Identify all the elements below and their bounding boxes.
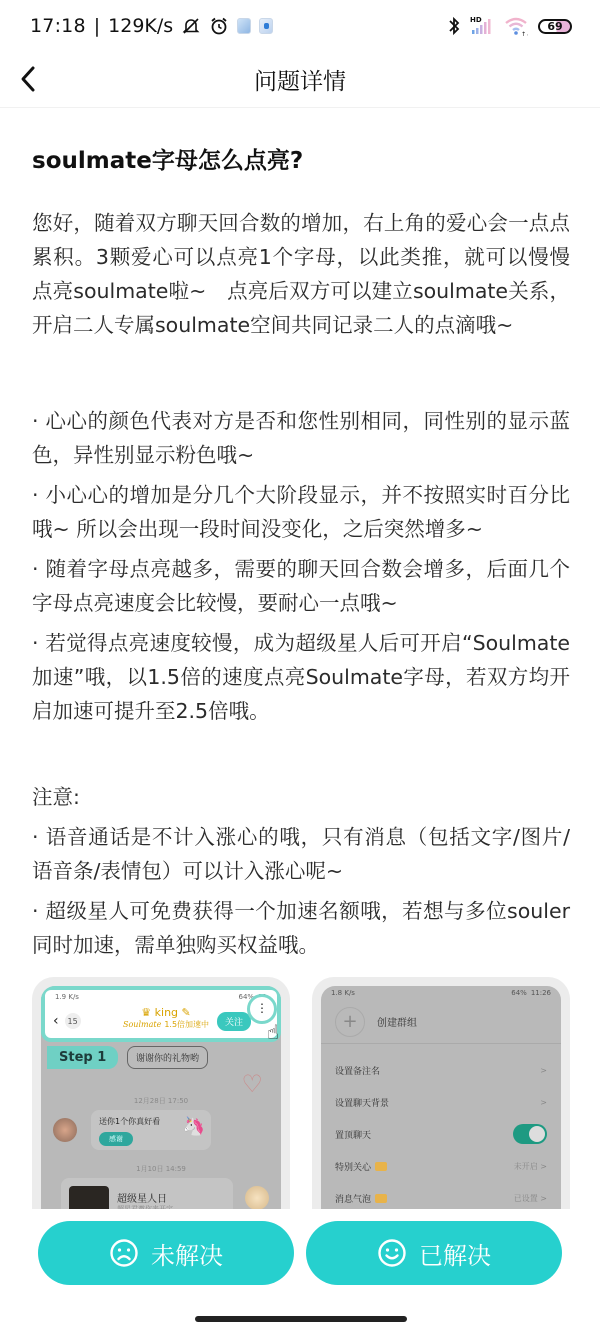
tip-item: · 小心心的增加是分几个大阶段显示，并不按照实时百分比哦~ 所以会出现一段时间没…	[32, 478, 570, 546]
tips-list: · 心心的颜色代表对方是否和您性别相同，同性别的显示蓝色，异性别显示粉色哦~ ·…	[32, 404, 570, 728]
sad-face-icon	[109, 1238, 139, 1268]
tutorial-image-step2[interactable]: 1.8 K/s 64% 11:26 + 创建群组 设置备注名 > 设置聊天背景 …	[312, 977, 570, 1209]
tutorial-image-step1[interactable]: 1.9 K/s 64% 11 ‹ 15 ♛ king ✎ Soulmate1.5…	[32, 977, 290, 1209]
smile-face-icon	[377, 1238, 407, 1268]
plus-icon: +	[335, 1007, 365, 1037]
resolved-button[interactable]: 已解决	[306, 1221, 562, 1285]
app-notification-icon	[237, 18, 251, 34]
chat-name: ♛ king ✎	[123, 1006, 209, 1019]
wifi-icon: ↑↓	[504, 16, 528, 36]
status-bar: 17:18 | 129K/s HD ↑↓ 69	[0, 0, 600, 52]
vip-event-card: 超级星人日 超级星人日 超星君邀你来开宝	[61, 1178, 233, 1209]
note-heading: 注意:	[32, 780, 570, 814]
gift-message-card: 送你1个你真好看 感谢 🦄	[91, 1110, 211, 1150]
highlighted-chat-header: 1.9 K/s 64% 11 ‹ 15 ♛ king ✎ Soulmate1.5…	[41, 986, 281, 1042]
tip-item: · 若觉得点亮速度较慢，成为超级星人后可开启“Soulmate加速”哦，以1.5…	[32, 626, 570, 728]
chat-screen-preview: 1.9 K/s 64% 11 ‹ 15 ♛ king ✎ Soulmate1.5…	[41, 986, 281, 1209]
status-net-speed: 129K/s	[108, 15, 173, 37]
chat-title: ♛ king ✎ Soulmate1.5倍加速中	[123, 1006, 209, 1030]
chat-bubble: 谢谢你的礼物哟	[127, 1046, 208, 1069]
battery-icon: 69	[538, 19, 572, 34]
vip-subtitle: 超星君邀你来开宝	[117, 1204, 173, 1209]
chevron-left-icon	[16, 62, 46, 96]
tip-item: · 心心的颜色代表对方是否和您性别相同，同性别的显示蓝色，异性别显示粉色哦~	[32, 404, 570, 472]
resolved-label: 已解决	[419, 1236, 491, 1271]
tip-item: · 随着字母点亮越多，需要的聊天回合数会增多，后面几个字母点亮速度会比较慢，要耐…	[32, 552, 570, 620]
avatar	[53, 1118, 77, 1142]
unread-count: 15	[65, 1013, 81, 1029]
heart-icon: ♡	[241, 1070, 263, 1098]
notes-list: · 语音通话是不计入涨心的哦，只有消息（包括文字/图片/语音条/表情包）可以计入…	[32, 820, 570, 962]
thanks-button: 感谢	[99, 1132, 133, 1146]
bluetooth-icon	[448, 16, 460, 36]
mini-status-bar: 1.8 K/s 64% 11:26	[321, 986, 561, 1000]
unresolved-button[interactable]: 未解决	[38, 1221, 294, 1285]
edit-icon: ✎	[182, 1006, 191, 1019]
svg-text:↑↓: ↑↓	[521, 31, 528, 36]
note-item: · 超级星人可免费获得一个加速名额哦，若想与多位souler同时加速，需单独购买…	[32, 894, 570, 962]
status-right: HD ↑↓ 69	[448, 16, 572, 36]
settings-row: 置顶聊天	[321, 1118, 561, 1150]
chat-timestamp: 12月28日 17:50	[41, 1096, 281, 1106]
boost-status: Soulmate1.5倍加速中	[123, 1019, 209, 1030]
chat-settings-preview: 1.8 K/s 64% 11:26 + 创建群组 设置备注名 > 设置聊天背景 …	[321, 986, 561, 1209]
avatar	[245, 1186, 269, 1209]
feedback-bar: 未解决 已解决	[38, 1221, 562, 1285]
app-notification-icon	[259, 18, 273, 34]
page-title: 问题详情	[254, 63, 346, 96]
settings-row: 特别关心 未开启 >	[321, 1150, 561, 1182]
question-title: soulmate字母怎么点亮?	[32, 146, 570, 176]
status-left: 17:18 | 129K/s	[30, 15, 273, 37]
article: soulmate字母怎么点亮? 您好，随着双方聊天回合数的增加，右上角的爱心会一…	[32, 108, 570, 968]
step-label: Step 1	[47, 1046, 118, 1069]
crown-icon	[375, 1194, 387, 1203]
vip-thumbnail: 超级星人日	[69, 1186, 109, 1209]
settings-row: 设置聊天背景 >	[321, 1086, 561, 1118]
home-indicator[interactable]	[195, 1316, 407, 1322]
chat-timestamp: 1月10日 14:59	[41, 1164, 281, 1174]
mini-status-bar: 1.9 K/s 64% 11	[45, 990, 277, 1004]
follow-button: 关注	[217, 1012, 251, 1031]
note-item: · 语音通话是不计入涨心的哦，只有消息（包括文字/图片/语音条/表情包）可以计入…	[32, 820, 570, 888]
create-group-row: + 创建群组	[321, 1000, 561, 1044]
settings-row: 消息气泡 已设置 >	[321, 1182, 561, 1209]
answer-intro: 您好，随着双方聊天回合数的增加，右上角的爱心会一点点累积。3颗爱心可以点亮1个字…	[32, 206, 570, 342]
hd-signal-icon: HD	[470, 16, 494, 36]
nav-bar: 问题详情	[0, 52, 600, 108]
status-time: 17:18	[30, 15, 86, 37]
back-button[interactable]	[16, 62, 46, 96]
tutorial-images: 1.9 K/s 64% 11 ‹ 15 ♛ king ✎ Soulmate1.5…	[32, 977, 570, 1209]
mute-icon	[181, 16, 201, 36]
pin-chat-toggle	[513, 1124, 547, 1144]
unicorn-gift-icon: 🦄	[183, 1116, 205, 1137]
unresolved-label: 未解决	[151, 1236, 223, 1271]
status-separator: |	[94, 15, 100, 37]
chevron-left-icon: ‹	[53, 1013, 59, 1029]
crown-icon	[375, 1162, 387, 1171]
chat-header: ‹ 15 ♛ king ✎ Soulmate1.5倍加速中 关注	[45, 1004, 277, 1038]
settings-row: 设置备注名 >	[321, 1054, 561, 1086]
vip-title: 超级星人日	[117, 1190, 167, 1205]
alarm-icon	[209, 16, 229, 36]
crown-icon: ♛	[141, 1006, 151, 1019]
tap-hand-icon: ☝	[267, 1020, 279, 1044]
